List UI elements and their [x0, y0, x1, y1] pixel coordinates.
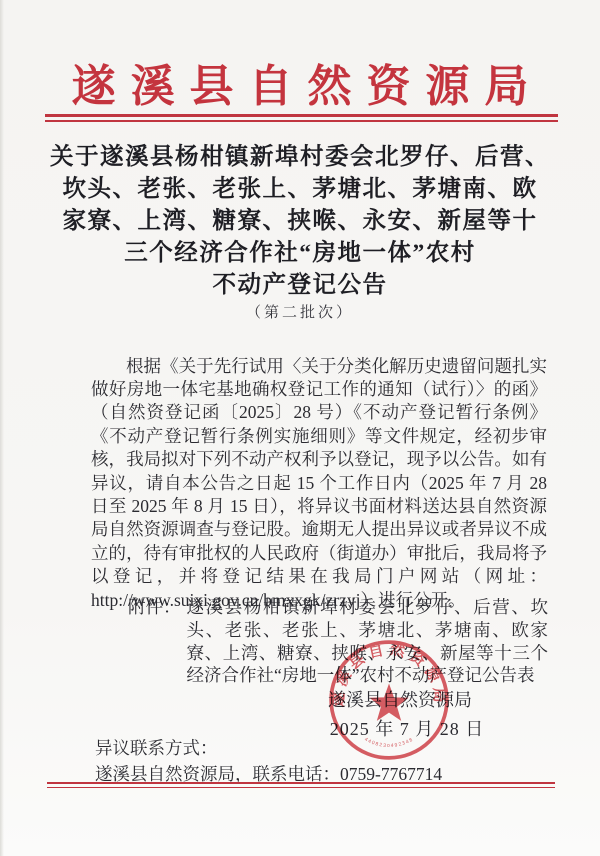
notice-title: 关于遂溪县杨柑镇新埠村委会北罗仔、后营、 坎头、老张、老张上、茅塘北、茅塘南、欧…: [30, 141, 570, 301]
agency-letterhead: 遂溪县自然资源局: [0, 50, 600, 114]
batch-note: （第二批次）: [0, 301, 600, 322]
notice-body-paragraph: 根据《关于先行试用〈关于分类化解历史遗留问题扎实做好房地一体宅基地确权登记工作的…: [91, 355, 547, 612]
attachment-block: 附件： 遂溪县杨柑镇新埠村委会北罗仔、后营、坎头、老张、老张上、茅塘北、茅塘南、…: [128, 596, 548, 687]
scanned-notice-document: 遂溪县自然资源局 关于遂溪县杨柑镇新埠村委会北罗仔、后营、 坎头、老张、老张上、…: [0, 0, 600, 856]
notice-title-line: 坎头、老张、老张上、茅塘北、茅塘南、欧: [30, 173, 570, 205]
attachment-label: 附件：: [128, 596, 181, 687]
header-double-rule: [45, 114, 558, 122]
signature-org: 遂溪县自然资源局: [300, 686, 500, 715]
footer-double-rule: [47, 782, 555, 788]
attachment-text: 遂溪县杨柑镇新埠村委会北罗仔、后营、坎头、老张、老张上、茅塘北、茅塘南、欧家寮、…: [187, 596, 549, 687]
notice-title-line: 不动产登记公告: [30, 269, 570, 301]
objection-contact-label: 异议联系方式：: [95, 736, 442, 762]
objection-contact-block: 异议联系方式： 遂溪县自然资源局，联系电话：0759-7767714: [95, 736, 442, 787]
notice-title-line: 关于遂溪县杨柑镇新埠村委会北罗仔、后营、: [30, 141, 570, 173]
notice-title-line: 三个经济合作社“房地一体”农村: [30, 237, 570, 269]
notice-title-line: 家寮、上湾、糖寮、挟喉、永安、新屋等十: [30, 205, 570, 237]
